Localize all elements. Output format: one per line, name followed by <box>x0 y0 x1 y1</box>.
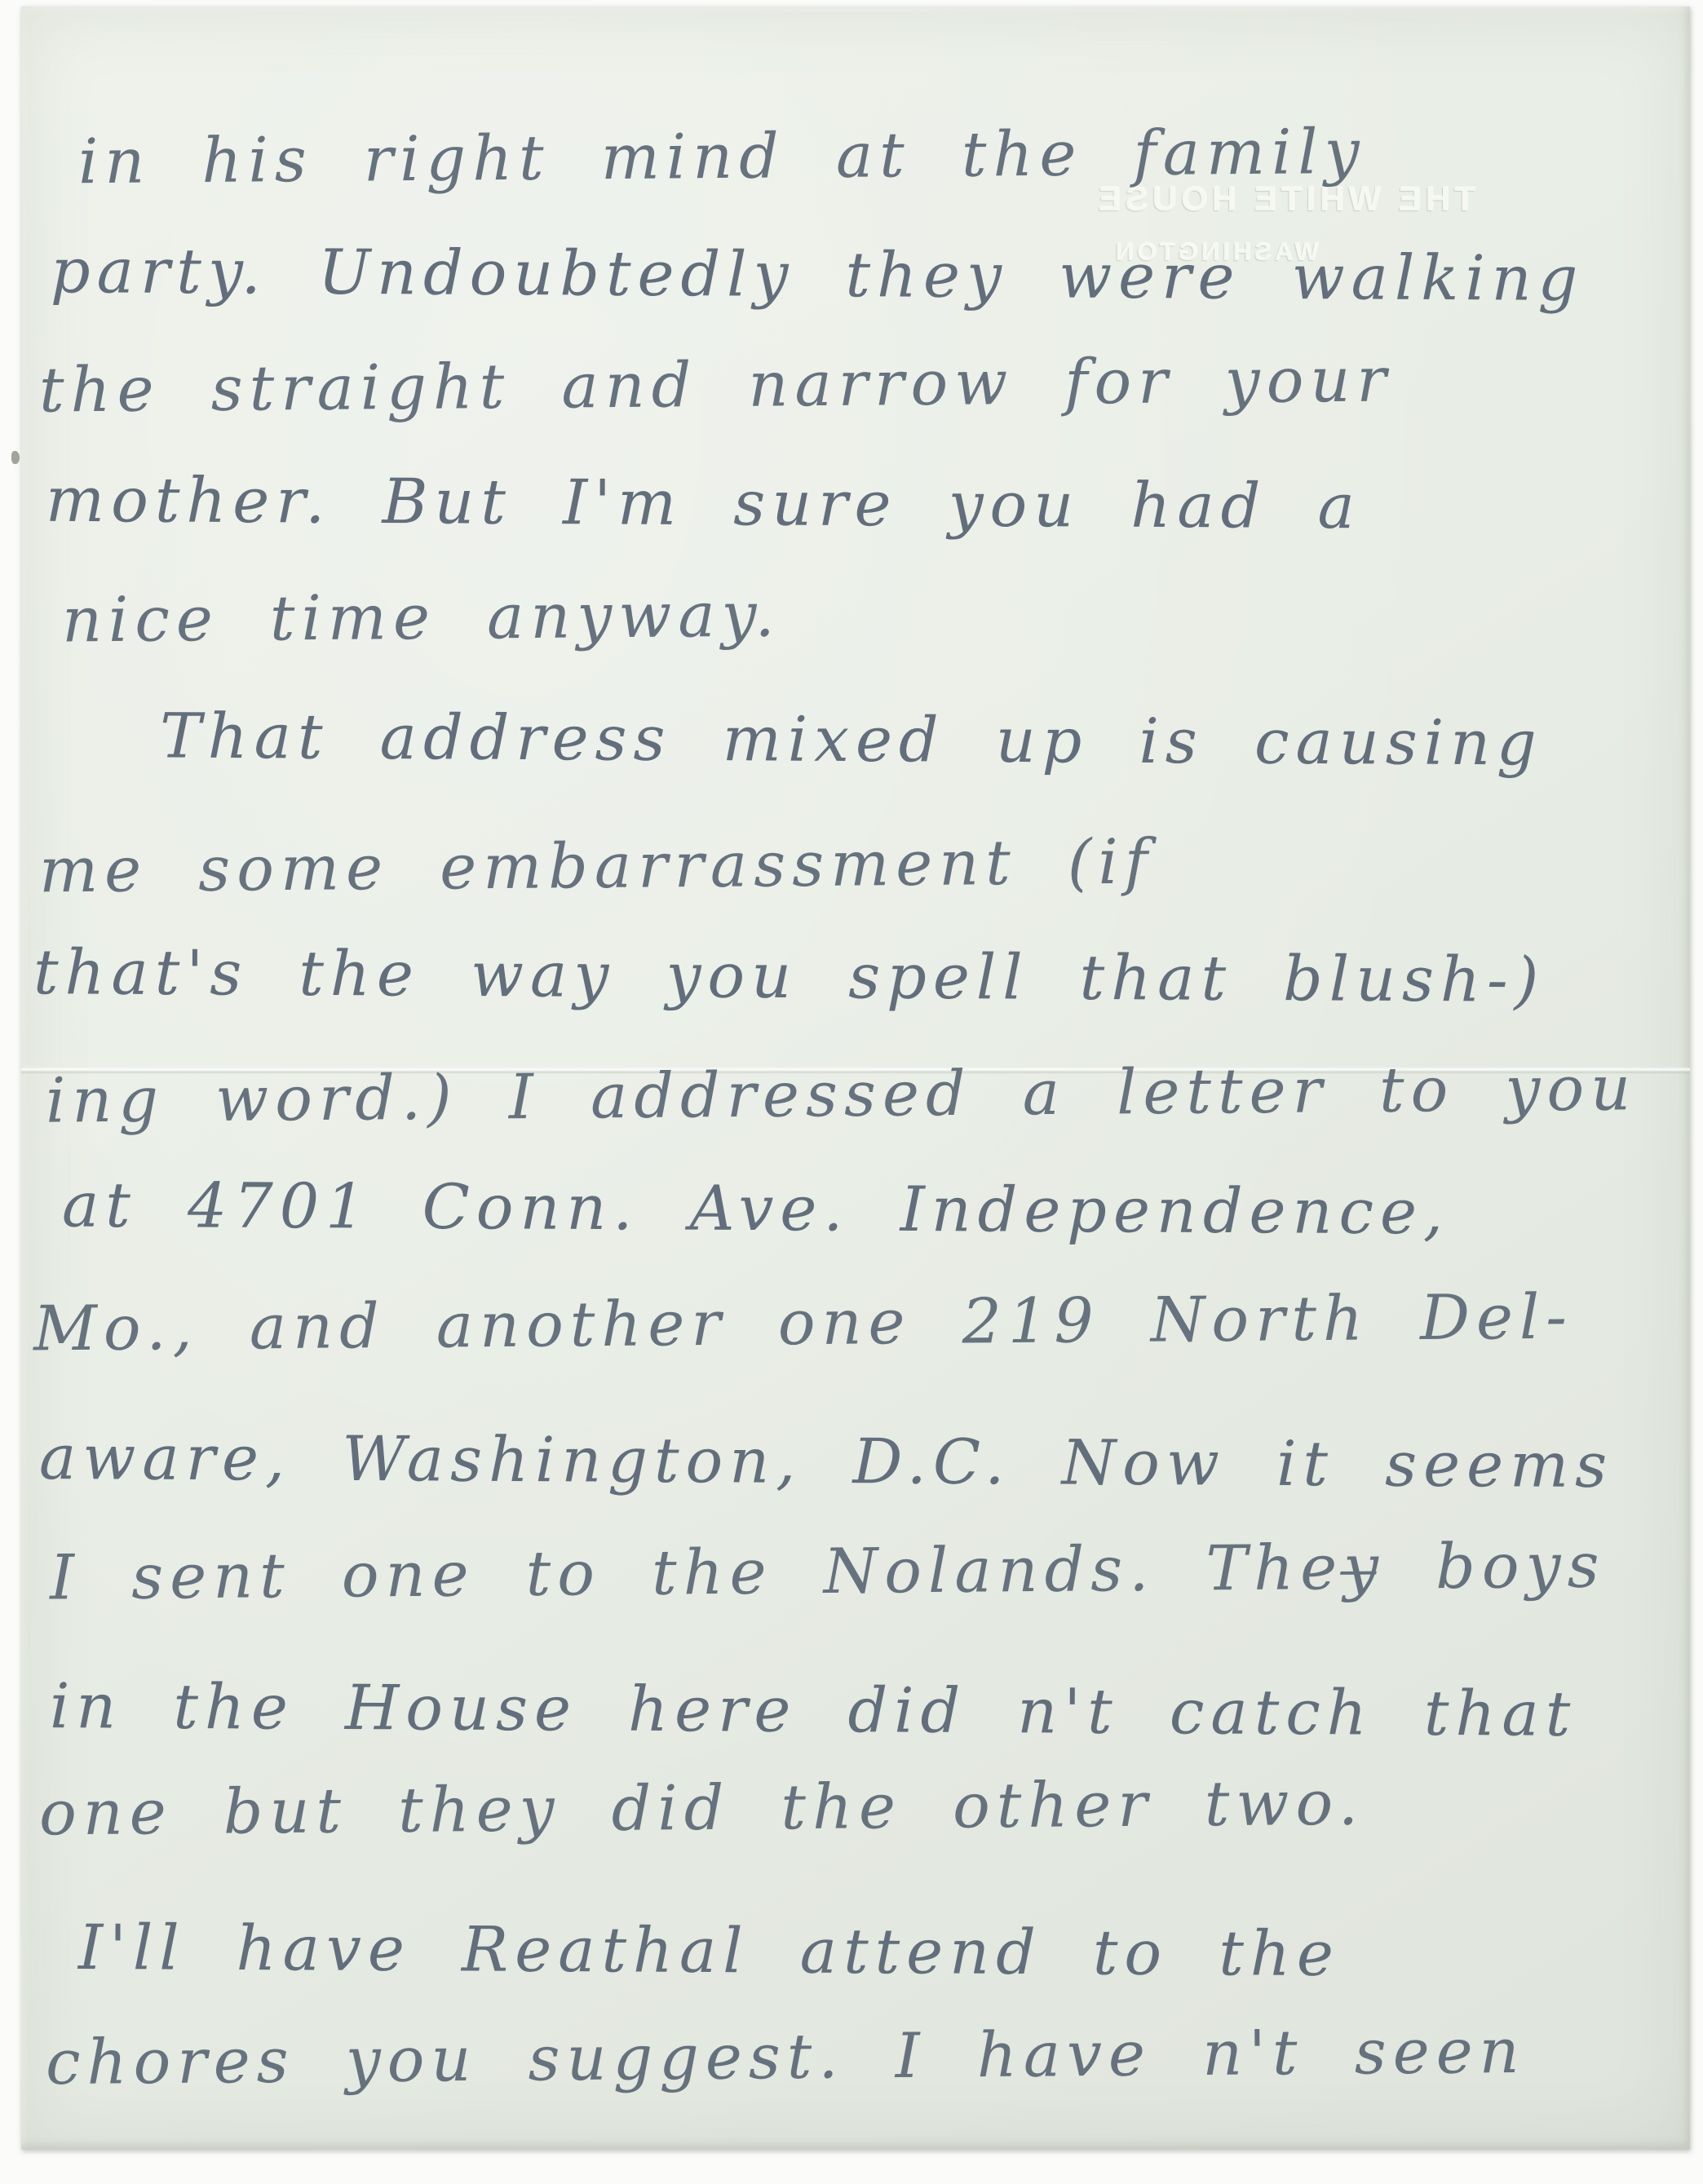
handwriting-block: in his right mind at the familyparty. Un… <box>21 7 1690 2150</box>
handwriting-line: in the House here did n't catch that <box>50 1672 1577 1748</box>
handwriting-line: party. Undoubtedly they were walking <box>51 237 1585 312</box>
handwriting-line: ing word.) I addressed a letter to you <box>46 1054 1638 1134</box>
handwriting-line: aware, Washington, D.C. Now it seems <box>39 1423 1614 1500</box>
handwriting-line: at 4701 Conn. Ave. Independence, <box>62 1171 1450 1247</box>
handwriting-line: the straight and narrow for your <box>39 345 1393 424</box>
handwriting-line: I'll have Reathal attend to the <box>78 1913 1340 1988</box>
handwriting-line: in his right mind at the family <box>78 117 1366 196</box>
paper-sheet: THE WHITE HOUSE WASHINGTON in his right … <box>21 7 1690 2150</box>
handwriting-line: me some embarrassment (if <box>39 828 1155 904</box>
handwriting-line: chores you suggest. I have n't seen <box>46 2017 1526 2097</box>
handwriting-line: nice time anyway. <box>62 581 781 655</box>
handwriting-line: that's the way you spell that blush-) <box>33 938 1546 1014</box>
handwriting-line: mother. But I'm sure you had a <box>46 466 1361 541</box>
handwriting-line: one but they did the other two. <box>39 1769 1365 1847</box>
handwriting-line: I sent one to the Nolands. They̶ boys <box>50 1532 1606 1612</box>
handwriting-line: Mo., and another one 219 North Del- <box>33 1283 1574 1363</box>
paper-speck <box>11 451 20 464</box>
scanned-letter: THE WHITE HOUSE WASHINGTON in his right … <box>0 0 1703 2184</box>
handwriting-line: That address mixed up is causing <box>160 702 1543 777</box>
